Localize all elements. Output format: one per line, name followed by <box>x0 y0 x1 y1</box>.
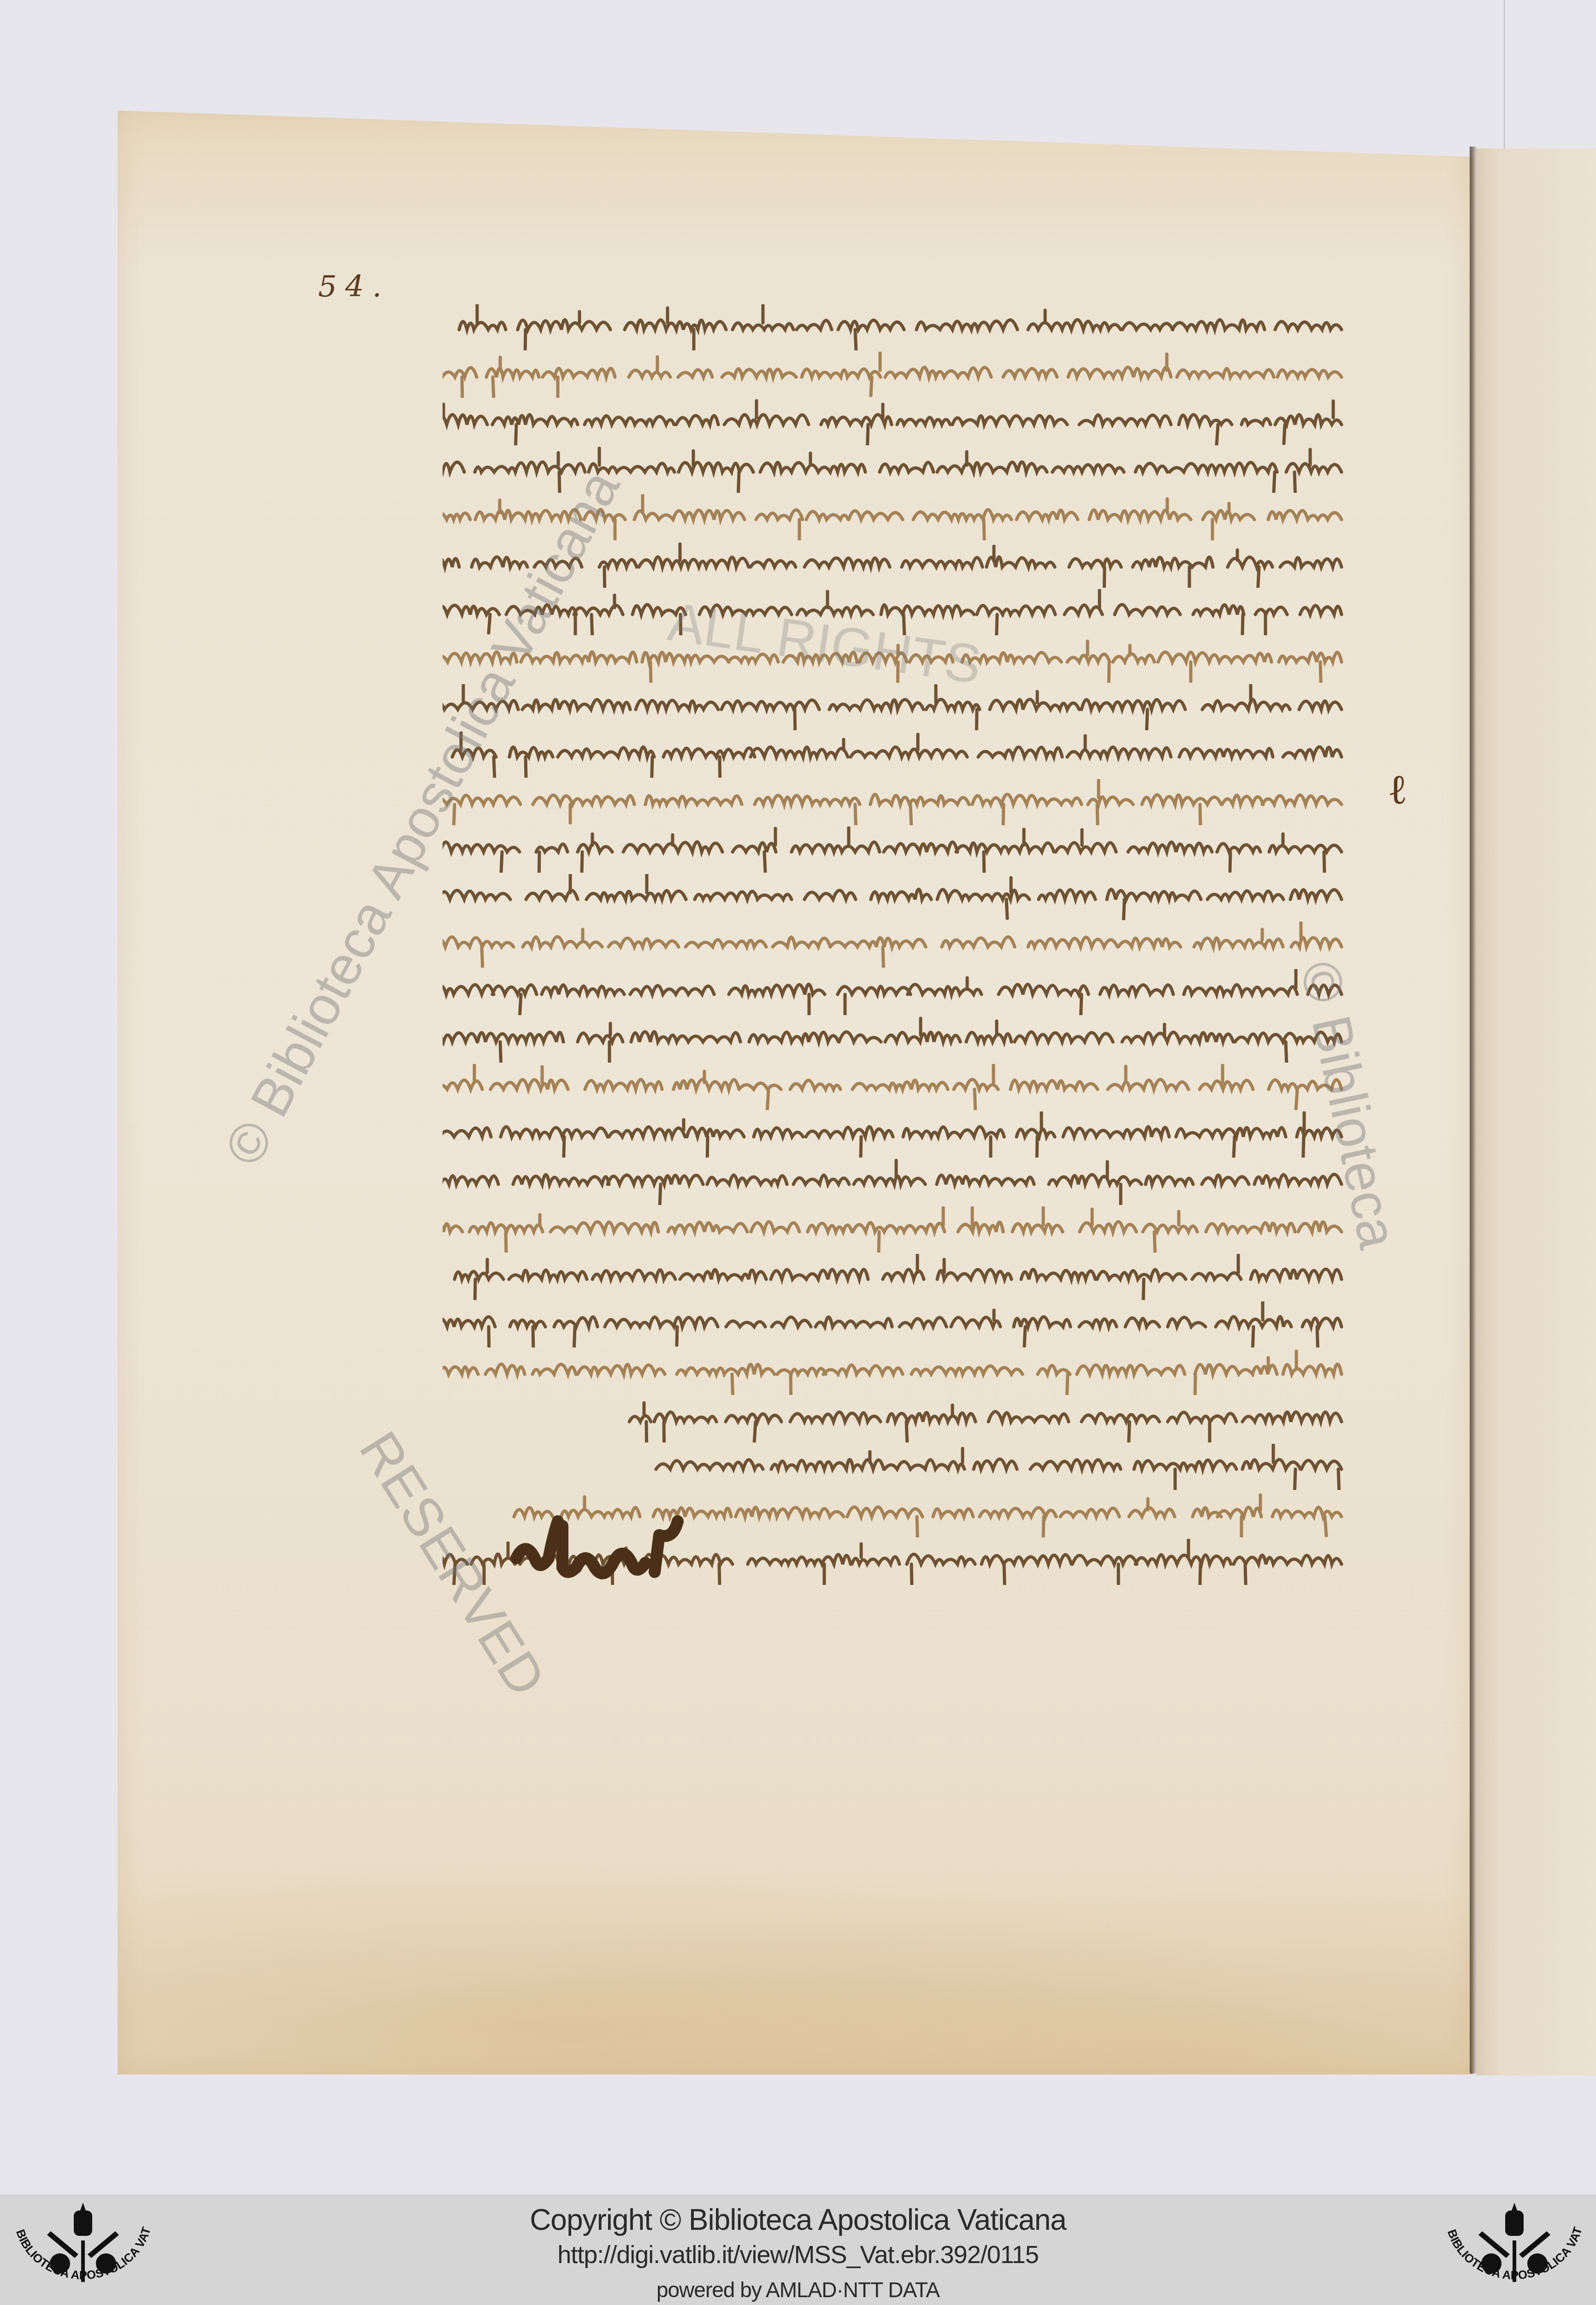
manuscript-line <box>443 1017 1346 1063</box>
manuscript-line <box>443 922 1346 968</box>
marginal-mark: ℓ <box>1388 765 1407 814</box>
manuscript-line <box>443 637 1346 683</box>
manuscript-line <box>443 684 1346 730</box>
source-url-link[interactable]: http://digi.vatlib.it/view/MSS_Vat.ebr.3… <box>0 2240 1596 2269</box>
enlarged-heading-word <box>507 1507 701 1586</box>
manuscript-line <box>443 304 1346 350</box>
powered-by-text: powered by AMLAD·NTT DATA <box>0 2277 1596 2302</box>
manuscript-line <box>443 352 1346 398</box>
manuscript-line <box>443 1349 1346 1395</box>
page-gutter <box>1470 147 1476 2074</box>
manuscript-line <box>443 542 1346 588</box>
manuscript-line <box>443 827 1346 873</box>
manuscript-line <box>443 1064 1346 1110</box>
copyright-text: Copyright © Biblioteca Apostolica Vatica… <box>0 2203 1596 2237</box>
manuscript-line <box>443 1206 1346 1253</box>
folio-number: 54. <box>318 270 390 304</box>
manuscript-line <box>443 589 1346 635</box>
manuscript-line <box>443 969 1346 1015</box>
manuscript-line <box>443 1444 1346 1490</box>
manuscript-line <box>443 1254 1346 1300</box>
copyright-footer: Copyright © Biblioteca Apostolica Vatica… <box>0 2194 1596 2305</box>
manuscript-line <box>443 1111 1346 1158</box>
vatican-library-logo-icon: BIBLIOTECA APOSTOLICA VATICANA <box>1436 2199 1593 2300</box>
manuscript-line <box>443 399 1346 445</box>
manuscript-line <box>443 1159 1346 1205</box>
page-stain <box>118 1835 1473 2074</box>
facing-page <box>1476 148 1596 2075</box>
vatican-library-logo-icon: BIBLIOTECA APOSTOLICA VATICANA <box>5 2199 161 2300</box>
scan-viewport: 54. ℓ <box>0 0 1596 2194</box>
manuscript-line <box>443 779 1346 825</box>
manuscript-line <box>443 874 1346 920</box>
manuscript-line <box>443 447 1346 493</box>
manuscript-line <box>443 1396 1346 1442</box>
manuscript-text-block <box>443 304 1346 1586</box>
manuscript-line <box>443 1301 1346 1348</box>
mount-edge-line <box>1504 0 1505 152</box>
manuscript-line <box>443 732 1346 778</box>
manuscript-line <box>443 494 1346 540</box>
